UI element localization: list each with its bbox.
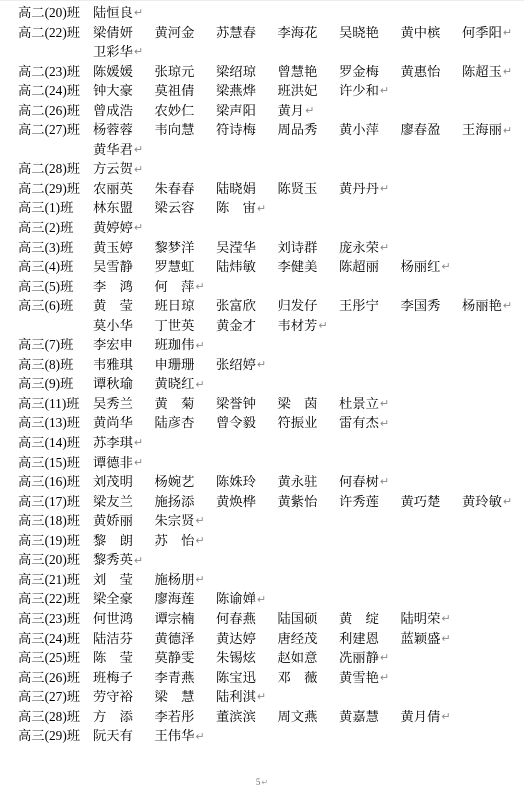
- student-name: 庞永荣: [339, 238, 379, 258]
- paragraph-mark-icon: ↵: [195, 281, 204, 292]
- class-label: 高三(6)班: [18, 296, 93, 316]
- student-name: 曾令毅: [216, 413, 278, 433]
- student-name: 林东盟: [93, 198, 155, 218]
- paragraph-mark-icon: ↵: [195, 574, 204, 585]
- student-name: 陆炜敏: [216, 257, 278, 277]
- student-name: 谭秋瑜: [93, 374, 155, 394]
- class-label: 高二(23)班: [18, 62, 93, 82]
- student-name: 丁世英: [155, 316, 217, 336]
- student-name: 冼丽静: [339, 648, 379, 668]
- student-name: 杨婉艺: [155, 472, 217, 492]
- student-name: 钟大豪: [93, 81, 155, 101]
- table-row: 高三(5)班李 鸿何 萍↵: [18, 277, 524, 297]
- paragraph-mark-icon: ↵: [305, 105, 314, 116]
- class-label: 高三(3)班: [18, 238, 93, 258]
- student-name: 刘诗群: [278, 238, 340, 258]
- student-name: 黄金才: [216, 316, 278, 336]
- student-name: 黄晓红: [155, 374, 195, 394]
- student-name: 陈姝玲: [216, 472, 278, 492]
- student-name: 陆明荣: [401, 609, 441, 629]
- student-name: 黄达婷: [216, 629, 278, 649]
- table-row: 高三(18)班黄娇丽朱宗贤↵: [18, 511, 524, 531]
- table-row: 高三(4)班吴雪静罗慧虹陆炜敏李健美陈超丽杨丽红↵: [18, 257, 524, 277]
- student-name: 刘 莹: [93, 570, 155, 590]
- class-label: 高三(13)班: [18, 413, 93, 433]
- student-name: 方云贺: [93, 159, 133, 179]
- student-name: 方 添: [93, 707, 155, 727]
- table-row: 高三(26)班班梅子李青燕陈宝迅邓 薇黄雪艳↵: [18, 668, 524, 688]
- student-name: 李若彤: [155, 707, 217, 727]
- student-name: 吴雪静: [93, 257, 155, 277]
- class-label: 高三(29)班: [18, 726, 93, 746]
- class-label: 高三(18)班: [18, 511, 93, 531]
- student-name: 劳守裕: [93, 687, 155, 707]
- table-row-continuation: 卫彩华↵: [18, 42, 524, 62]
- paragraph-mark-icon: ↵: [318, 320, 327, 331]
- student-name: 黄婷婷: [93, 218, 133, 238]
- paragraph-mark-icon: ↵: [257, 359, 266, 370]
- student-name: 黄 绽: [339, 609, 401, 629]
- student-name: 符振业: [278, 413, 340, 433]
- student-name: 许秀莲: [339, 492, 401, 512]
- paragraph-mark-icon: ↵: [134, 7, 143, 18]
- student-name: 廖海莲: [155, 589, 217, 609]
- paragraph-mark-icon: ↵: [380, 183, 389, 194]
- student-name: 陈媛媛: [93, 62, 155, 82]
- student-name: 黄嘉慧: [339, 707, 401, 727]
- table-row: 高二(28)班方云贺↵: [18, 159, 524, 179]
- paragraph-mark-icon: ↵: [134, 555, 143, 566]
- student-name: 曾成浩: [93, 101, 155, 121]
- student-name: 黄玉婷: [93, 238, 155, 258]
- student-name: 梁 茵: [278, 394, 340, 414]
- page-footer: 5↵: [0, 777, 524, 787]
- student-name: 班梅子: [93, 668, 155, 688]
- student-name: 苏李琪: [93, 433, 133, 453]
- class-label: 高二(26)班: [18, 101, 93, 121]
- table-row: 高三(23)班何世鸿谭宗楠何春燕陆国硕黄 绽陆明荣↵: [18, 609, 524, 629]
- student-name: 何季阳: [462, 23, 502, 43]
- student-name: 施杨朋: [155, 570, 195, 590]
- table-row: 高三(27)班劳守裕梁 慧陆利淇↵: [18, 687, 524, 707]
- paragraph-mark-icon: ↵: [503, 27, 512, 38]
- table-row-continuation: 莫小华丁世英黄金才韦材芳↵: [18, 316, 524, 336]
- student-name: 韦向慧: [155, 120, 217, 140]
- paragraph-mark-icon: ↵: [261, 778, 268, 787]
- paragraph-mark-icon: ↵: [134, 144, 143, 155]
- paragraph-mark-icon: ↵: [134, 437, 143, 448]
- paragraph-mark-icon: ↵: [503, 496, 512, 507]
- student-name: 梁倩妍: [93, 23, 155, 43]
- paragraph-mark-icon: ↵: [380, 85, 389, 96]
- class-label: 高三(14)班: [18, 433, 93, 453]
- paragraph-mark-icon: ↵: [195, 379, 204, 390]
- table-row: 高三(28)班方 添李若彤董滨滨周文燕黄嘉慧黄月倩↵: [18, 707, 524, 727]
- class-label: 高三(27)班: [18, 687, 93, 707]
- student-name: 周文燕: [278, 707, 340, 727]
- table-row: 高三(16)班刘茂明杨婉艺陈姝玲黄永驻何春树↵: [18, 472, 524, 492]
- table-row: 高三(11)班吴秀兰黄 菊梁誉钟梁 茵杜景立↵: [18, 394, 524, 414]
- student-name: 黄焕桦: [216, 492, 278, 512]
- paragraph-mark-icon: ↵: [380, 242, 389, 253]
- table-row: 高二(26)班曾成浩农妙仁梁声阳黄月↵: [18, 101, 524, 121]
- class-label: 高三(4)班: [18, 257, 93, 277]
- paragraph-mark-icon: ↵: [195, 340, 204, 351]
- class-label: 高三(21)班: [18, 570, 93, 590]
- student-name: 何春树: [339, 472, 379, 492]
- table-row: 高三(17)班梁友兰施扬添黄焕桦黄紫怡许秀莲黄巧楚黄玲敏↵: [18, 492, 524, 512]
- student-name: 吴秀兰: [93, 394, 155, 414]
- student-name: 黎 朗: [93, 531, 155, 551]
- student-name: 苏慧春: [216, 23, 278, 43]
- student-name: 归发仔: [278, 296, 340, 316]
- student-name: 梁誉钟: [216, 394, 278, 414]
- paragraph-mark-icon: ↵: [257, 691, 266, 702]
- student-name: 黄娇丽: [93, 511, 155, 531]
- student-name: 陈贤玉: [278, 179, 340, 199]
- class-roster-list: 高二(20)班陆恒良↵高二(22)班梁倩妍黄河金苏慧春李海花吴晓艳黄中槟何季阳↵…: [0, 1, 524, 746]
- student-name: 邓 薇: [278, 668, 340, 688]
- student-name: 李国秀: [401, 296, 463, 316]
- student-name: 黄 菊: [155, 394, 217, 414]
- student-name: 莫小华: [93, 316, 155, 336]
- student-name: 王彤宁: [339, 296, 401, 316]
- student-name: 陈 宙: [216, 198, 256, 218]
- student-name: 赵如意: [278, 648, 340, 668]
- student-name: 吴滢华: [216, 238, 278, 258]
- document-page: 高二(20)班陆恒良↵高二(22)班梁倩妍黄河金苏慧春李海花吴晓艳黄中槟何季阳↵…: [0, 0, 524, 793]
- student-name: 吴晓艳: [339, 23, 401, 43]
- student-name: 杜景立: [339, 394, 379, 414]
- student-name: 利建恩: [339, 629, 401, 649]
- table-row: 高三(2)班黄婷婷↵: [18, 218, 524, 238]
- student-name: 黄月倩: [401, 707, 441, 727]
- table-row: 高三(13)班黄尚华陆彦杏曾令毅符振业雷有杰↵: [18, 413, 524, 433]
- student-name: 曾慧艳: [278, 62, 340, 82]
- student-name: 张富欣: [216, 296, 278, 316]
- student-name: 黄玲敏: [462, 492, 502, 512]
- paragraph-mark-icon: ↵: [441, 633, 450, 644]
- student-name: 李宏申: [93, 335, 155, 355]
- paragraph-mark-icon: ↵: [380, 398, 389, 409]
- paragraph-mark-icon: ↵: [257, 594, 266, 605]
- student-name: 朱宗贤: [155, 511, 195, 531]
- student-name: 唐经茂: [278, 629, 340, 649]
- student-name: 黄小萍: [339, 120, 401, 140]
- student-name: 张琼元: [155, 62, 217, 82]
- student-name: 韦材芳: [278, 316, 318, 336]
- student-name: 刘茂明: [93, 472, 155, 492]
- student-name: 杨蓉蓉: [93, 120, 155, 140]
- table-row: 高二(22)班梁倩妍黄河金苏慧春李海花吴晓艳黄中槟何季阳↵: [18, 23, 524, 43]
- table-row: 高三(8)班韦雅琪申珊珊张绍婷↵: [18, 355, 524, 375]
- paragraph-mark-icon: ↵: [380, 652, 389, 663]
- student-name: 莫静雯: [155, 648, 217, 668]
- student-name: 王海丽: [462, 120, 502, 140]
- table-row: 高三(1)班林东盟梁云容陈 宙↵: [18, 198, 524, 218]
- paragraph-mark-icon: ↵: [134, 457, 143, 468]
- student-name: 罗金梅: [339, 62, 401, 82]
- student-name: 陆利淇: [216, 687, 256, 707]
- student-name: 梁绍琼: [216, 62, 278, 82]
- student-name: 王伟华: [155, 726, 195, 746]
- student-name: 许少和: [339, 81, 379, 101]
- student-name: 黄 莹: [93, 296, 155, 316]
- student-name: 班洪妃: [278, 81, 340, 101]
- table-row: 高三(3)班黄玉婷黎梦洋吴滢华刘诗群庞永荣↵: [18, 238, 524, 258]
- student-name: 谭宗楠: [155, 609, 217, 629]
- student-name: 施扬添: [155, 492, 217, 512]
- student-name: 农妙仁: [155, 101, 217, 121]
- table-row: 高二(29)班农丽英朱春春陆晓娟陈贤玉黄丹丹↵: [18, 179, 524, 199]
- student-name: 何世鸿: [93, 609, 155, 629]
- table-row: 高三(7)班李宏申班珈伟↵: [18, 335, 524, 355]
- student-name: 黄中槟: [401, 23, 463, 43]
- student-name: 班珈伟: [155, 335, 195, 355]
- class-label: 高二(27)班: [18, 120, 93, 140]
- student-name: 周品秀: [278, 120, 340, 140]
- paragraph-mark-icon: ↵: [380, 476, 389, 487]
- class-label: 高三(11)班: [18, 394, 93, 414]
- student-name: 申珊珊: [155, 355, 217, 375]
- class-label: 高二(29)班: [18, 179, 93, 199]
- student-name: 黄华君: [93, 140, 133, 160]
- student-name: 陈超玉: [462, 62, 502, 82]
- student-name: 苏 怡: [155, 531, 195, 551]
- student-name: 梁友兰: [93, 492, 155, 512]
- student-name: 陈谕婵: [216, 589, 256, 609]
- paragraph-mark-icon: ↵: [441, 261, 450, 272]
- student-name: 黄惠怡: [401, 62, 463, 82]
- paragraph-mark-icon: ↵: [134, 164, 143, 175]
- student-name: 黄雪艳: [339, 668, 379, 688]
- paragraph-mark-icon: ↵: [503, 300, 512, 311]
- paragraph-mark-icon: ↵: [257, 203, 266, 214]
- table-row: 高三(25)班陈 莹莫静雯朱锡炫赵如意冼丽静↵: [18, 648, 524, 668]
- student-name: 廖春盈: [401, 120, 463, 140]
- class-label: 高三(16)班: [18, 472, 93, 492]
- student-name: 班日琼: [155, 296, 217, 316]
- class-label: 高三(5)班: [18, 277, 93, 297]
- class-label: 高三(9)班: [18, 374, 93, 394]
- class-label: 高三(28)班: [18, 707, 93, 727]
- paragraph-mark-icon: ↵: [503, 125, 512, 136]
- student-name: 杨丽红: [401, 257, 441, 277]
- class-label: 高三(17)班: [18, 492, 93, 512]
- student-name: 何春燕: [216, 609, 278, 629]
- student-name: 陈 莹: [93, 648, 155, 668]
- student-name: 黄河金: [155, 23, 217, 43]
- table-row: 高二(20)班陆恒良↵: [18, 3, 524, 23]
- class-label: 高二(20)班: [18, 3, 93, 23]
- student-name: 李青燕: [155, 668, 217, 688]
- paragraph-mark-icon: ↵: [503, 66, 512, 77]
- student-name: 陆洁芬: [93, 629, 155, 649]
- class-label: 高二(24)班: [18, 81, 93, 101]
- class-label: 高二(22)班: [18, 23, 93, 43]
- student-name: 梁 慧: [155, 687, 217, 707]
- student-name: 黄尚华: [93, 413, 155, 433]
- student-name: 陆晓娟: [216, 179, 278, 199]
- student-name: 黄月: [278, 101, 305, 121]
- student-name: 谭德非: [93, 453, 133, 473]
- paragraph-mark-icon: ↵: [195, 535, 204, 546]
- table-row-continuation: 黄华君↵: [18, 140, 524, 160]
- student-name: 朱春春: [155, 179, 217, 199]
- class-label: 高三(7)班: [18, 335, 93, 355]
- student-name: 蓝颖盛: [401, 629, 441, 649]
- student-name: 梁全豪: [93, 589, 155, 609]
- student-name: 莫祖倩: [155, 81, 217, 101]
- student-name: 何 萍: [155, 277, 195, 297]
- table-row: 高三(14)班苏李琪↵: [18, 433, 524, 453]
- student-name: 朱锡炫: [216, 648, 278, 668]
- student-name: 阮天有: [93, 726, 155, 746]
- student-name: 陈超丽: [339, 257, 401, 277]
- student-name: 黄紫怡: [278, 492, 340, 512]
- student-name: 梁云容: [155, 198, 217, 218]
- table-row: 高二(23)班陈媛媛张琼元梁绍琼曾慧艳罗金梅黄惠怡陈超玉↵: [18, 62, 524, 82]
- paragraph-mark-icon: ↵: [380, 418, 389, 429]
- student-name: 董滨滨: [216, 707, 278, 727]
- student-name: 雷有杰: [339, 413, 379, 433]
- student-name: 黄永驻: [278, 472, 340, 492]
- paragraph-mark-icon: ↵: [195, 515, 204, 526]
- class-label: 高三(1)班: [18, 198, 93, 218]
- student-name: 卫彩华: [93, 42, 133, 62]
- student-name: 黎秀英: [93, 550, 133, 570]
- table-row: 高三(9)班谭秋瑜黄晓红↵: [18, 374, 524, 394]
- table-row: 高三(22)班梁全豪廖海莲陈谕婵↵: [18, 589, 524, 609]
- student-name: 符诗梅: [216, 120, 278, 140]
- student-name: 梁燕烨: [216, 81, 278, 101]
- class-label: 高三(20)班: [18, 550, 93, 570]
- class-label: 高三(25)班: [18, 648, 93, 668]
- class-label: 高三(19)班: [18, 531, 93, 551]
- student-name: 罗慧虹: [155, 257, 217, 277]
- student-name: 黄丹丹: [339, 179, 379, 199]
- student-name: 李海花: [278, 23, 340, 43]
- table-row: 高三(15)班谭德非↵: [18, 453, 524, 473]
- student-name: 陈宝迅: [216, 668, 278, 688]
- student-name: 陆彦杏: [155, 413, 217, 433]
- table-row: 高三(19)班黎 朗苏 怡↵: [18, 531, 524, 551]
- student-name: 黄德泽: [155, 629, 217, 649]
- paragraph-mark-icon: ↵: [380, 672, 389, 683]
- class-label: 高三(8)班: [18, 355, 93, 375]
- table-row: 高二(24)班钟大豪莫祖倩梁燕烨班洪妃许少和↵: [18, 81, 524, 101]
- class-label: 高三(24)班: [18, 629, 93, 649]
- paragraph-mark-icon: ↵: [195, 731, 204, 742]
- table-row: 高三(29)班阮天有王伟华↵: [18, 726, 524, 746]
- student-name: 黄巧楚: [401, 492, 463, 512]
- table-row: 高三(24)班陆洁芬黄德泽黄达婷唐经茂利建恩蓝颖盛↵: [18, 629, 524, 649]
- paragraph-mark-icon: ↵: [134, 46, 143, 57]
- table-row: 高二(27)班杨蓉蓉韦向慧符诗梅周品秀黄小萍廖春盈王海丽↵: [18, 120, 524, 140]
- paragraph-mark-icon: ↵: [441, 613, 450, 624]
- class-label: 高三(15)班: [18, 453, 93, 473]
- page-number: 5: [256, 777, 261, 787]
- student-name: 李 鸿: [93, 277, 155, 297]
- paragraph-mark-icon: ↵: [134, 222, 143, 233]
- class-label: 高三(26)班: [18, 668, 93, 688]
- student-name: 李健美: [278, 257, 340, 277]
- class-label: 高三(22)班: [18, 589, 93, 609]
- student-name: 梁声阳: [216, 101, 278, 121]
- student-name: 韦雅琪: [93, 355, 155, 375]
- student-name: 张绍婷: [216, 355, 256, 375]
- student-name: 陆恒良: [93, 3, 133, 23]
- class-label: 高三(2)班: [18, 218, 93, 238]
- student-name: 农丽英: [93, 179, 155, 199]
- student-name: 杨丽艳: [462, 296, 502, 316]
- table-row: 高三(6)班黄 莹班日琼张富欣归发仔王彤宁李国秀杨丽艳↵: [18, 296, 524, 316]
- class-label: 高三(23)班: [18, 609, 93, 629]
- paragraph-mark-icon: ↵: [441, 711, 450, 722]
- table-row: 高三(20)班黎秀英↵: [18, 550, 524, 570]
- student-name: 陆国硕: [278, 609, 340, 629]
- student-name: 黎梦洋: [155, 238, 217, 258]
- table-row: 高三(21)班刘 莹施杨朋↵: [18, 570, 524, 590]
- class-label: 高二(28)班: [18, 159, 93, 179]
